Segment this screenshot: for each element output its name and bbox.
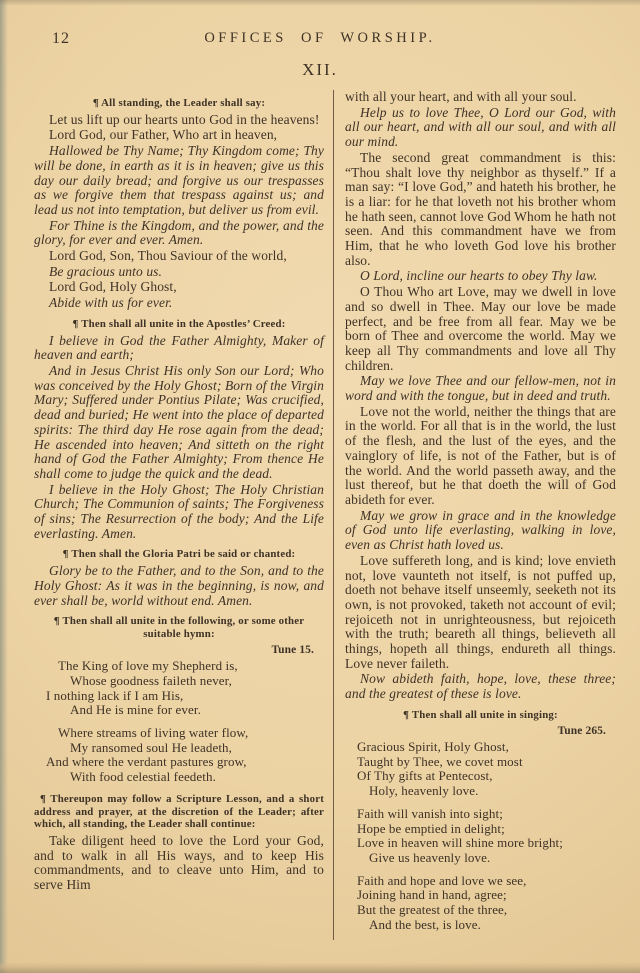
hymn-line: Gracious Spirit, Holy Ghost,	[357, 740, 616, 755]
creed-paragraph: I believe in the Holy Ghost; The Holy Ch…	[34, 483, 324, 542]
gloria-patri: Glory be to the Father, and to the Son, …	[34, 564, 324, 608]
rubric-all-standing: ¶ All standing, the Leader shall say:	[38, 97, 320, 110]
tune-number: Tune 265.	[345, 725, 606, 738]
section-heading: XII.	[0, 60, 640, 80]
hymn-line: Love in heaven will shine more bright;	[357, 836, 616, 851]
rubric-hymn: ¶ Then shall all unite in the following,…	[38, 615, 320, 640]
text-columns: ¶ All standing, the Leader shall say:Let…	[0, 80, 640, 940]
hymn-line: Taught by Thee, we covet most	[357, 755, 616, 770]
response: O Lord, incline our hearts to obey Thy l…	[345, 269, 616, 284]
hymn-line: Faith will vanish into sight;	[357, 807, 616, 822]
hymn-line: Hope be emptied in delight;	[357, 822, 616, 837]
response: May we love Thee and our fellow-men, not…	[345, 374, 616, 403]
hymn-line: Of Thy gifts at Pentecost,	[357, 769, 616, 784]
hymn-line: The King of love my Shepherd is,	[46, 659, 324, 674]
versicle: Let us lift up our hearts unto God in th…	[34, 113, 324, 128]
leader-reading: Love suffereth long, and is kind; love e…	[345, 554, 616, 672]
scan-edge-left	[0, 0, 8, 973]
versicle: Lord God, Son, Thou Saviour of the world…	[34, 249, 324, 264]
response: Abide with us for ever.	[34, 296, 324, 311]
leader-reading: Love not the world, neither the things t…	[345, 405, 616, 508]
tune-number: Tune 15.	[34, 644, 314, 657]
rubric-apostles-creed: ¶ Then shall all unite in the Apostles’ …	[38, 318, 320, 331]
response: Be gracious unto us.	[34, 265, 324, 280]
hymn-verse: Where streams of living water flow,My ra…	[46, 726, 324, 785]
response-lords-prayer: Hallowed be Thy Name; Thy Kingdom come; …	[34, 144, 324, 218]
hymn-verse: Faith and hope and love we see,Joining h…	[357, 874, 616, 933]
hymn-line: Faith and hope and love we see,	[357, 874, 616, 889]
response: For Thine is the Kingdom, and the power,…	[34, 219, 324, 248]
response: Now abideth faith, hope, love, these thr…	[345, 672, 616, 701]
page-number: 12	[52, 30, 70, 48]
hymn-line: Where streams of living water flow,	[46, 726, 324, 741]
leader-exhortation-continued: with all your heart, and with all your s…	[345, 90, 616, 105]
running-title: OFFICES OF WORSHIP.	[0, 30, 640, 47]
response: Help us to love Thee, O Lord our God, wi…	[345, 106, 616, 150]
leader-reading: The second great commandment is this: “T…	[345, 151, 616, 269]
hymn-line: And the best, is love.	[357, 918, 616, 933]
book-page: 12 OFFICES OF WORSHIP. XII. ¶ All standi…	[0, 0, 640, 973]
hymn-line: With food celestial feedeth.	[46, 770, 324, 785]
creed-paragraph: I believe in God the Father Almighty, Ma…	[34, 334, 324, 363]
hymn-line: I nothing lack if I am His,	[46, 689, 324, 704]
hymn-verse: Faith will vanish into sight;Hope be emp…	[357, 807, 616, 866]
hymn-line: Give us heavenly love.	[357, 851, 616, 866]
response: May we grow in grace and in the knowledg…	[345, 509, 616, 553]
hymn-line: And where the verdant pastures grow,	[46, 755, 324, 770]
versicle: Lord God, Holy Ghost,	[34, 280, 324, 295]
rubric-scripture-lesson: ¶ Thereupon may follow a Scripture Lesso…	[34, 793, 324, 831]
hymn-line: My ransomed soul He leadeth,	[46, 741, 324, 756]
hymn-line: Joining hand in hand, agree;	[357, 888, 616, 903]
leader-reading: O Thou Who art Love, may we dwell in lov…	[345, 285, 616, 373]
hymn-verse: Gracious Spirit, Holy Ghost,Taught by Th…	[357, 740, 616, 799]
creed-paragraph: And in Jesus Christ His only Son our Lor…	[34, 364, 324, 482]
hymn-line: Whose goodness faileth never,	[46, 674, 324, 689]
hymn-verse: The King of love my Shepherd is,Whose go…	[46, 659, 324, 718]
leader-exhortation: Take diligent heed to love the Lord your…	[34, 834, 324, 893]
versicle: Lord God, our Father, Who art in heaven,	[34, 128, 324, 143]
hymn-line: Holy, heavenly love.	[357, 784, 616, 799]
scan-edge-bottom	[0, 962, 640, 973]
hymn-line: And He is mine for ever.	[46, 703, 324, 718]
rubric-singing: ¶ Then shall all unite in singing:	[349, 709, 612, 722]
rubric-gloria-patri: ¶ Then shall the Gloria Patri be said or…	[38, 548, 320, 561]
left-column: ¶ All standing, the Leader shall say:Let…	[34, 90, 334, 940]
hymn-line: But the greatest of the three,	[357, 903, 616, 918]
right-column: with all your heart, and with all your s…	[334, 90, 616, 940]
page-header: 12 OFFICES OF WORSHIP. XII.	[0, 0, 640, 80]
